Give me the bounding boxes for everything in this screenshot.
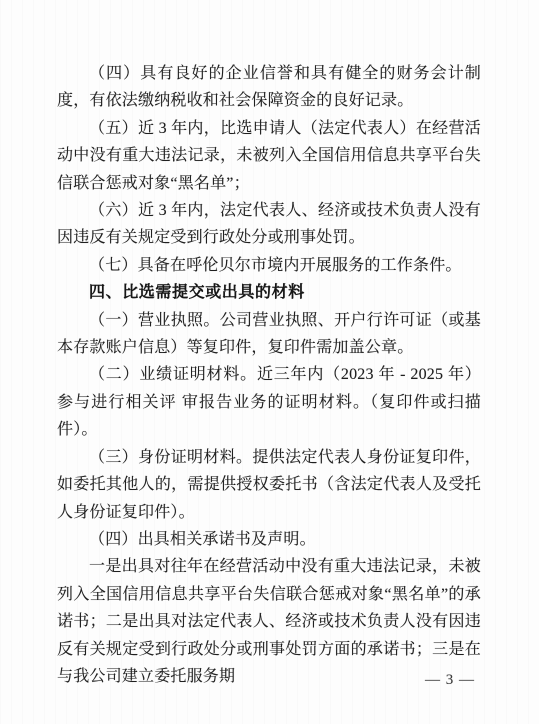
scanned-document-page: （四）具有良好的企业信誉和具有健全的财务会计制度，有依法缴纳税收和社会保障资金的… <box>0 0 539 724</box>
paragraph: （三）身份证明材料。提供法定代表人身份证复印件，如委托其他人的，需提供授权委托书… <box>57 444 481 526</box>
page-number: — 3 — <box>425 672 485 689</box>
paragraph: （四）出具相关承诺书及声明。 <box>57 526 481 553</box>
paragraph: （六）近 3 年内，法定代表人、经济或技术负责人没有因违反有关规定受到行政处分或… <box>57 197 481 252</box>
paragraph: 一是出具对往年在经营活动中没有重大违法记录，未被列入全国信用信息共享平台失信联合… <box>57 553 481 690</box>
section-heading: 四、比选需提交或出具的材料 <box>57 279 481 306</box>
paragraph: （五）近 3 年内，比选申请人（法定代表人）在经营活动中没有重大违法记录，未被列… <box>57 115 481 197</box>
document-body: （四）具有良好的企业信誉和具有健全的财务会计制度，有依法缴纳税收和社会保障资金的… <box>57 60 481 690</box>
paragraph: （四）具有良好的企业信誉和具有健全的财务会计制度，有依法缴纳税收和社会保障资金的… <box>57 60 481 115</box>
paragraph: （二）业绩证明材料。近三年内（2023 年 - 2025 年）参与进行相关评 审… <box>57 361 481 443</box>
paragraph: （一）营业执照。公司营业执照、开户行许可证（或基本存款账户信息）等复印件，复印件… <box>57 307 481 362</box>
paragraph: （七）具备在呼伦贝尔市境内开展服务的工作条件。 <box>57 252 481 279</box>
